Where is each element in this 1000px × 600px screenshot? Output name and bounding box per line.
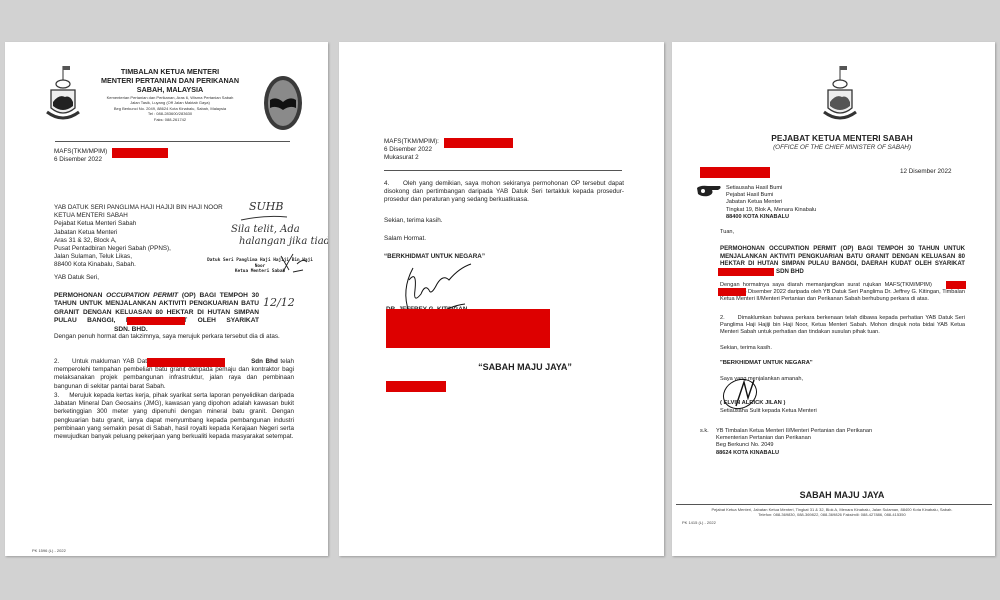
letter-date: 12 Disember 2022 xyxy=(900,168,951,176)
redaction-box xyxy=(700,167,770,178)
sabah-crest-icon xyxy=(820,64,860,124)
salutation: Tuan, xyxy=(720,229,734,235)
office-title: PEJABAT KETUA MENTERI SABAH xyxy=(712,133,972,143)
paragraph-1: Dengan hormatnya saya diarah memanjangka… xyxy=(720,282,965,304)
footer-address: Pejabat Ketua Menteri, Jabatan Ketua Men… xyxy=(682,507,982,517)
letter-page-1: TIMBALAN KETUA MENTERI MENTERI PERTANIAN… xyxy=(5,42,328,556)
page-label: Mukasurat 2 xyxy=(384,154,439,162)
redaction-box xyxy=(386,309,550,348)
signatory-title: Setiausaha Sulit kepada Ketua Menteri xyxy=(720,408,817,414)
salutation: YAB Datuk Seri, xyxy=(54,274,99,282)
handwritten-note-initials: SUHB xyxy=(249,200,283,213)
closing-regards: Salam Hormat. xyxy=(384,235,426,243)
handwritten-signature xyxy=(279,252,309,276)
redaction-box xyxy=(127,317,185,325)
paragraph-4: 4. Oleh yang demikian, saya mohon sekira… xyxy=(384,180,624,205)
reference-number: MAFS(TKM/MPIM) xyxy=(54,148,107,155)
redaction-box xyxy=(386,381,446,392)
signature-elvin xyxy=(718,372,768,412)
form-code: PK 1415 (L) - 2022 xyxy=(682,520,716,525)
footer-divider xyxy=(676,504,992,505)
cc-list: YB Timbalan Ketua Menteri II/Menteri Per… xyxy=(716,428,872,457)
closing-thanks: Sekian, terima kasih. xyxy=(384,217,442,225)
slogan: “SABAH MAJU JAYA” xyxy=(384,362,624,372)
cc-label: s.k. xyxy=(700,428,709,434)
reference-number: MAFS(TKM/MPIM): xyxy=(384,138,439,146)
recipient-address: Setiausaha Hasil Bumi Pejabat Hasil Bumi… xyxy=(726,185,816,221)
signatory-name: ( ELVIN ALRICK JILAN ) xyxy=(720,400,785,406)
paragraph-1: Dengan penuh hormat dan takzimnya, saya … xyxy=(54,333,294,341)
subject-heading: PERMOHONAN OCCUPATION PERMIT (OP) BAGI T… xyxy=(54,292,259,334)
redaction-box xyxy=(718,288,746,296)
slogan: SABAH MAJU JAYA xyxy=(712,490,972,500)
redaction-box xyxy=(112,148,168,158)
handwritten-date: 12/12 xyxy=(263,296,295,309)
closing-thanks: Sekian, terima kasih. xyxy=(720,345,772,351)
paragraph-2: 2. Dimaklumkan bahawa perkara berkenaan … xyxy=(720,315,965,337)
motto: "BERKHIDMAT UNTUK NEGARA" xyxy=(720,360,813,366)
header-line3: SABAH, MALAYSIA xyxy=(95,86,245,95)
ministry-logo-icon xyxy=(262,74,304,132)
letter-page-2: MAFS(TKM/MPIM): 6 Disember 2022 Mukasura… xyxy=(339,42,664,556)
letter-date: 6 Disember 2022 xyxy=(54,156,107,164)
header-fax: Faks: 088-261742 xyxy=(75,117,265,122)
redaction-box xyxy=(444,138,513,148)
divider xyxy=(384,170,622,171)
letter-page-3: PEJABAT KETUA MENTERI SABAH (OFFICE OF T… xyxy=(672,42,995,556)
redaction-box xyxy=(147,358,225,367)
handwritten-underline xyxy=(239,214,289,222)
office-title-english: (OFFICE OF THE CHIEF MINISTER OF SABAH) xyxy=(712,144,972,151)
redaction-box xyxy=(718,268,774,276)
letter-date: 6 Disember 2022 xyxy=(384,146,439,154)
header-divider xyxy=(55,141,290,142)
redaction-box xyxy=(946,281,966,289)
paragraph-3: 3. Merujuk kepada kertas kerja, pihak sy… xyxy=(54,392,294,441)
handwritten-note: Sila telit, Ada halangan jika tiada xyxy=(231,224,328,248)
form-code: PK 1596 (L) - 2022 xyxy=(32,548,66,553)
pointing-hand-stamp-icon xyxy=(696,184,722,198)
